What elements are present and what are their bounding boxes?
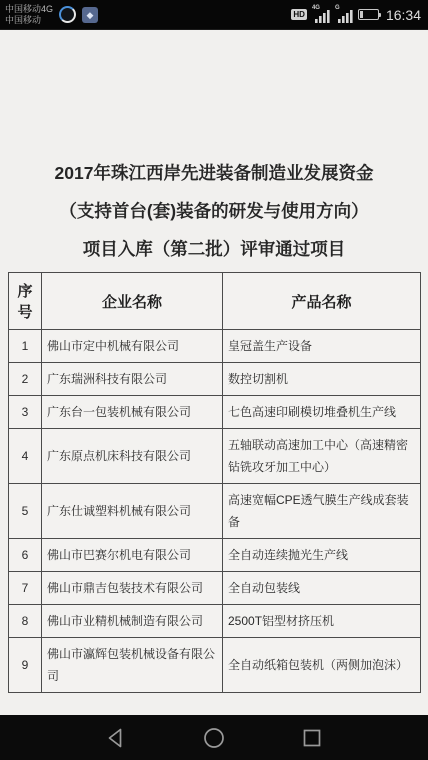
recents-square-icon <box>301 727 323 749</box>
table-row: 5广东仕诚塑料机械有限公司高速宽幅CPE透气膜生产线成套装备 <box>9 484 421 539</box>
table-row: 4广东原点机床科技有限公司五轴联动高速加工中心（高速精密钻铣攻牙加工中心） <box>9 429 421 484</box>
row-company: 佛山市定中机械有限公司 <box>42 330 223 363</box>
back-button[interactable] <box>98 720 134 756</box>
row-no: 7 <box>9 572 42 605</box>
row-no: 3 <box>9 396 42 429</box>
row-no: 5 <box>9 484 42 539</box>
table-row: 1佛山市定中机械有限公司皇冠盖生产设备 <box>9 330 421 363</box>
phone-screen: 中国移动4G 中国移动 ◆ HD 4G G <box>0 0 428 760</box>
row-company: 佛山市业精机械制造有限公司 <box>42 605 223 638</box>
table-row: 8佛山市业精机械制造有限公司2500T铝型材挤压机 <box>9 605 421 638</box>
home-circle-icon <box>203 727 225 749</box>
row-company: 佛山市鼎吉包装技术有限公司 <box>42 572 223 605</box>
title-line-3: 项目入库（第二批）评审通过项目 <box>8 230 420 268</box>
app-notification-icon: ◆ <box>82 7 98 23</box>
row-product: 七色高速印刷模切堆叠机生产线 <box>223 396 421 429</box>
row-no: 4 <box>9 429 42 484</box>
title-line-1: 2017年珠江西岸先进装备制造业发展资金 <box>8 154 420 192</box>
row-company: 佛山市瀛辉包装机械设备有限公司 <box>42 638 223 693</box>
row-no: 9 <box>9 638 42 693</box>
row-product: 皇冠盖生产设备 <box>223 330 421 363</box>
recents-button[interactable] <box>294 720 330 756</box>
row-product: 数控切割机 <box>223 363 421 396</box>
carrier-line-1: 中国移动4G <box>5 4 53 15</box>
row-product: 全自动包装线 <box>223 572 421 605</box>
android-nav-bar <box>0 715 428 760</box>
row-no: 6 <box>9 539 42 572</box>
col-header-company: 企业名称 <box>42 273 223 330</box>
row-product: 高速宽幅CPE透气膜生产线成套装备 <box>223 484 421 539</box>
back-triangle-icon <box>105 727 127 749</box>
status-bar-right: HD 4G G 16:34 <box>291 6 421 23</box>
status-bar-left: 中国移动4G 中国移动 ◆ <box>5 4 98 26</box>
table-row: 6佛山市巴赛尔机电有限公司全自动连续抛光生产线 <box>9 539 421 572</box>
row-product: 全自动纸箱包装机（两侧加泡沫） <box>223 638 421 693</box>
status-bar: 中国移动4G 中国移动 ◆ HD 4G G <box>0 0 428 30</box>
table-row: 7佛山市鼎吉包装技术有限公司全自动包装线 <box>9 572 421 605</box>
row-company: 广东仕诚塑料机械有限公司 <box>42 484 223 539</box>
carrier-labels: 中国移动4G 中国移动 <box>5 4 53 26</box>
row-product: 2500T铝型材挤压机 <box>223 605 421 638</box>
table-header-row: 序号 企业名称 产品名称 <box>9 273 421 330</box>
row-product: 五轴联动高速加工中心（高速精密钻铣攻牙加工中心） <box>223 429 421 484</box>
row-no: 8 <box>9 605 42 638</box>
col-header-no: 序号 <box>9 273 42 330</box>
row-company: 广东瑞洲科技有限公司 <box>42 363 223 396</box>
table-row: 3广东台一包装机械有限公司七色高速印刷模切堆叠机生产线 <box>9 396 421 429</box>
row-company: 广东台一包装机械有限公司 <box>42 396 223 429</box>
row-no: 2 <box>9 363 42 396</box>
table-row: 2广东瑞洲科技有限公司数控切割机 <box>9 363 421 396</box>
signal-strength-g-icon: G <box>335 6 353 23</box>
document-view: 2017年珠江西岸先进装备制造业发展资金 （支持首台(套)装备的研发与使用方向）… <box>0 30 428 715</box>
row-company: 佛山市巴赛尔机电有限公司 <box>42 539 223 572</box>
row-no: 1 <box>9 330 42 363</box>
clock-time: 16:34 <box>386 7 421 23</box>
browser-notification-icon <box>59 6 76 23</box>
row-company: 广东原点机床科技有限公司 <box>42 429 223 484</box>
battery-icon <box>358 9 379 20</box>
home-button[interactable] <box>196 720 232 756</box>
carrier-line-2: 中国移动 <box>5 15 53 26</box>
signal-strength-4g-icon: 4G <box>312 6 330 23</box>
row-product: 全自动连续抛光生产线 <box>223 539 421 572</box>
project-table: 序号 企业名称 产品名称 1佛山市定中机械有限公司皇冠盖生产设备2广东瑞洲科技有… <box>8 272 421 693</box>
col-header-product: 产品名称 <box>223 273 421 330</box>
table-row: 9佛山市瀛辉包装机械设备有限公司全自动纸箱包装机（两侧加泡沫） <box>9 638 421 693</box>
title-line-2: （支持首台(套)装备的研发与使用方向） <box>8 192 420 230</box>
hd-volte-icon: HD <box>291 9 307 20</box>
document-title: 2017年珠江西岸先进装备制造业发展资金 （支持首台(套)装备的研发与使用方向）… <box>8 154 420 268</box>
